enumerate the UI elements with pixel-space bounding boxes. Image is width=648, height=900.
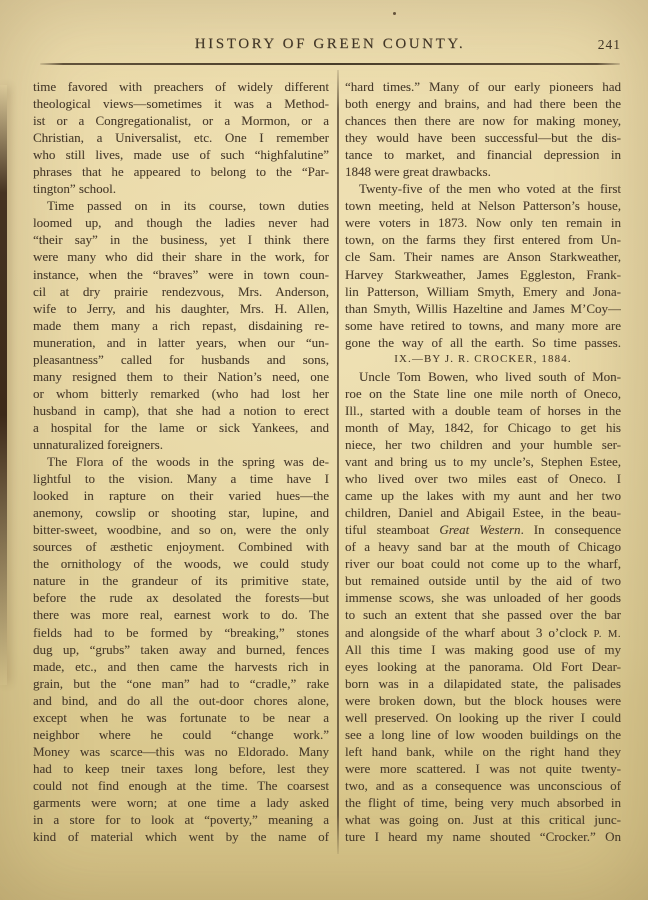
text-line: children, Daniel and Abigail Estee, in t… bbox=[345, 504, 621, 521]
text-run: instance, when the “braves” were in town… bbox=[33, 267, 329, 282]
text-run: children, Daniel and Abigail Estee, in t… bbox=[345, 505, 621, 520]
text-line: All this time I was making good use of m… bbox=[345, 641, 621, 658]
text-line: Harvey Starkweather, James Eggleston, Fr… bbox=[345, 266, 621, 283]
text-run: and bind, and do all the out-door chores… bbox=[33, 693, 329, 708]
text-line: tiful steamboat Great Western. In conseq… bbox=[345, 521, 621, 538]
text-line: town, on the farms they first entered fr… bbox=[345, 231, 621, 248]
text-line: theological views—sometimes it was a Met… bbox=[33, 95, 329, 112]
text-run: who lived over two miles east of Oneco. … bbox=[345, 471, 621, 486]
text-run: wife to Jerry, and his daughter, Mrs. H.… bbox=[33, 301, 329, 316]
text-line: cle Sam. Their names are Anson Starkweat… bbox=[345, 248, 621, 265]
text-run: some have retired to towns, and many mor… bbox=[345, 318, 621, 333]
text-run: the ornithology of the woods, we could s… bbox=[33, 556, 329, 571]
text-line: Uncle Tom Bowen, who lived south of Mon- bbox=[345, 368, 621, 385]
right-column: “hard times.” Many of our early pioneers… bbox=[345, 78, 621, 845]
text-run: cle Sam. Their names are Anson Starkweat… bbox=[345, 249, 621, 264]
italic-text: Great Western bbox=[439, 522, 520, 537]
text-line: roe on the State line one mile north of … bbox=[345, 385, 621, 402]
text-run: The Flora of the woods in the spring was… bbox=[47, 454, 329, 469]
text-line: who lived over two miles east of Oneco. … bbox=[345, 470, 621, 487]
text-line: many resigned them to their Nation’s nee… bbox=[33, 368, 329, 385]
text-run: chances then there are now for making mo… bbox=[345, 113, 621, 128]
text-run: ist or a Congregationalist, or a Mormon,… bbox=[33, 113, 329, 128]
text-run: many resigned them to their Nation’s nee… bbox=[33, 369, 329, 384]
text-line: month of May, 1842, for Chicago to get h… bbox=[345, 419, 621, 436]
text-line: grain, but the “one man” had to “cradle,… bbox=[33, 675, 329, 692]
text-line: unnaturalized foreigners. bbox=[33, 436, 329, 453]
text-run: grain, but the “one man” had to “cradle,… bbox=[33, 676, 329, 691]
text-run: left hand bank, while on the right hand … bbox=[345, 744, 621, 759]
text-run: theological views—sometimes it was a Met… bbox=[33, 96, 329, 111]
text-line: lin Patterson, William Smyth, Emery and … bbox=[345, 283, 621, 300]
text-line: of a heavy sand bar at the mouth of Chic… bbox=[345, 538, 621, 555]
text-run: what was going on. Just at this critical… bbox=[345, 812, 621, 827]
text-run: fields had to be formed by “breaking,” s… bbox=[33, 625, 329, 640]
text-run: except when he was fortunate to be near … bbox=[33, 710, 329, 725]
text-line: in a store for to look at “poverty,” mea… bbox=[33, 811, 329, 828]
text-line: 1848 were great drawbacks. bbox=[345, 163, 621, 180]
text-run: loomed up, and though the ladies never h… bbox=[33, 215, 329, 230]
text-line: instance, when the “braves” were in town… bbox=[33, 266, 329, 283]
text-run: sources of æsthetic enjoyment. Combined … bbox=[33, 539, 329, 554]
binding-shadow bbox=[0, 85, 7, 685]
text-run: see a long line of low wooden buildings … bbox=[345, 727, 621, 742]
text-run: ture I heard my name shouted “Crocker.” … bbox=[345, 829, 621, 844]
page-number: 241 bbox=[598, 37, 621, 53]
text-run: and alongside of the wharf about 3 o’clo… bbox=[345, 625, 593, 640]
text-line: to such an extent that she passed over t… bbox=[345, 606, 621, 623]
text-run: of a heavy sand bar at the mouth of Chic… bbox=[345, 539, 621, 554]
text-run: “hard times.” Many of our early pioneers… bbox=[345, 79, 621, 94]
text-line: two, and as a consequence was unconsciou… bbox=[345, 777, 621, 794]
text-line: time favored with preachers of widely di… bbox=[33, 78, 329, 95]
text-line: pleasantness” called for husbands and so… bbox=[33, 351, 329, 368]
text-run: Ill., started with a double team of hors… bbox=[345, 403, 621, 418]
text-run: Harvey Starkweather, James Eggleston, Fr… bbox=[345, 267, 621, 282]
text-run: before the rude ax desolated the forests… bbox=[33, 590, 329, 605]
running-header-title: HISTORY OF GREEN COUNTY. bbox=[40, 36, 620, 56]
text-run: were broken down, but the block houses w… bbox=[345, 693, 621, 708]
text-run: town, on the farms they first entered fr… bbox=[345, 232, 621, 247]
text-line: garments were worn; at one time a lady a… bbox=[33, 794, 329, 811]
text-line: phrases that he appeared to belong to th… bbox=[33, 163, 329, 180]
text-run: vant and bring us to my uncle’s, Stephen… bbox=[345, 454, 621, 469]
text-run: neighbor where he could “change work.” bbox=[33, 727, 329, 742]
text-run: nature in the grandeur of its primitive … bbox=[33, 573, 329, 588]
text-run: to such an extent that she passed over t… bbox=[345, 607, 621, 622]
text-line: chances then there are now for making mo… bbox=[345, 112, 621, 129]
text-line: tance to market, and financial depressio… bbox=[345, 146, 621, 163]
text-line: before the rude ax desolated the forests… bbox=[33, 589, 329, 606]
text-line: were broken down, but the block houses w… bbox=[345, 692, 621, 709]
text-run: muneration, and in latter years, when ou… bbox=[33, 335, 329, 350]
text-line: Christian, a Universalist, etc. One I re… bbox=[33, 129, 329, 146]
text-line: dug up, “grubs” taken away and burned, f… bbox=[33, 641, 329, 658]
text-run: had to keep tneir taxes long before, les… bbox=[33, 761, 329, 776]
text-line: made them many a rich repast, disdaining… bbox=[33, 317, 329, 334]
text-run: were voters in 1873. Now only ten remain… bbox=[345, 215, 621, 230]
text-run: could not find enough at the time. The c… bbox=[33, 778, 329, 793]
section-heading: IX.—BY J. R. CROCKER, 1884. bbox=[345, 351, 621, 368]
text-line: there was more real, earnest work to do.… bbox=[33, 606, 329, 623]
left-column: time favored with preachers of widely di… bbox=[33, 78, 329, 845]
text-line: who still lives, made use of such “highf… bbox=[33, 146, 329, 163]
page-scan: HISTORY OF GREEN COUNTY. 241 time favore… bbox=[0, 0, 648, 900]
text-run: a hospital for the lame or sick Yankees,… bbox=[33, 420, 329, 435]
text-line: fields had to be formed by “breaking,” s… bbox=[33, 624, 329, 641]
text-line: were voters in 1873. Now only ten remain… bbox=[345, 214, 621, 231]
text-line: immense scows, she was unloaded of her g… bbox=[345, 589, 621, 606]
text-line: the flight of time, being very much abso… bbox=[345, 794, 621, 811]
text-line: a hospital for the lame or sick Yankees,… bbox=[33, 419, 329, 436]
text-line: and bind, and do all the out-door chores… bbox=[33, 692, 329, 709]
text-line: and alongside of the wharf about 3 o’clo… bbox=[345, 624, 621, 641]
text-run: roe on the State line one mile north of … bbox=[345, 386, 621, 401]
text-run: anemony, cowslip or shooting star, lupin… bbox=[33, 505, 329, 520]
text-line: left hand bank, while on the right hand … bbox=[345, 743, 621, 760]
text-run: All this time I was making good use of m… bbox=[345, 642, 621, 657]
text-run: bitter-sweet, woodbine, and so on, were … bbox=[33, 522, 329, 537]
text-run: pleasantness” called for husbands and so… bbox=[33, 352, 329, 367]
text-line: loomed up, and though the ladies never h… bbox=[33, 214, 329, 231]
text-line: they would have been successful—but the … bbox=[345, 129, 621, 146]
text-run: Christian, a Universalist, etc. One I re… bbox=[33, 130, 329, 145]
text-line: ture I heard my name shouted “Crocker.” … bbox=[345, 828, 621, 845]
text-line: made, etc., and then came the harvests r… bbox=[33, 658, 329, 675]
text-line: had to keep tneir taxes long before, les… bbox=[33, 760, 329, 777]
text-run: who still lives, made use of such “highf… bbox=[33, 147, 329, 162]
text-line: neighbor where he could “change work.” bbox=[33, 726, 329, 743]
text-line: than Smyth, Willis Hazeltine and James M… bbox=[345, 300, 621, 317]
text-line: both energy and brains, and had there be… bbox=[345, 95, 621, 112]
text-line: born was in a dilapidated state, the pal… bbox=[345, 675, 621, 692]
text-line: were more scattered. I was not quite twe… bbox=[345, 760, 621, 777]
text-run: river our boat could not come up to the … bbox=[345, 556, 621, 571]
text-line: “their say” in the business, yet I think… bbox=[33, 231, 329, 248]
text-line: sources of æsthetic enjoyment. Combined … bbox=[33, 538, 329, 555]
text-run: tiful steamboat bbox=[345, 522, 439, 537]
text-run: in a store for to look at “poverty,” mea… bbox=[33, 812, 329, 827]
header-rule bbox=[40, 63, 620, 65]
text-run: month of May, 1842, for Chicago to get h… bbox=[345, 420, 621, 435]
text-line: were many who did their share in the wor… bbox=[33, 248, 329, 265]
text-run: unnaturalized foreigners. bbox=[33, 437, 163, 452]
text-line: eyes looking at the panorama. Old Fort D… bbox=[345, 658, 621, 675]
text-run: Uncle Tom Bowen, who lived south of Mon- bbox=[359, 369, 621, 384]
text-run: they would have been successful—but the … bbox=[345, 130, 621, 145]
text-line: Twenty-five of the men who voted at the … bbox=[345, 180, 621, 197]
text-line: Time passed on in its course, town dutie… bbox=[33, 197, 329, 214]
text-run: lightful to the vision. Many a time have… bbox=[33, 471, 329, 486]
text-run: there was more real, earnest work to do.… bbox=[33, 607, 329, 622]
text-line: niece, her two children and your humble … bbox=[345, 436, 621, 453]
text-run: or whom bitterly remarked (who had lost … bbox=[33, 386, 329, 401]
text-line: kind of material which went by the name … bbox=[33, 828, 329, 845]
text-run: born was in a dilapidated state, the pal… bbox=[345, 676, 621, 691]
text-run: time favored with preachers of widely di… bbox=[33, 79, 329, 94]
text-run: 1848 were great drawbacks. bbox=[345, 164, 491, 179]
text-line: see a long line of low wooden buildings … bbox=[345, 726, 621, 743]
text-line: Ill., started with a double team of hors… bbox=[345, 402, 621, 419]
text-run: were many who did their share in the wor… bbox=[33, 249, 329, 264]
text-line: “hard times.” Many of our early pioneers… bbox=[345, 78, 621, 95]
text-run: niece, her two children and your humble … bbox=[345, 437, 621, 452]
text-run: made them many a rich repast, disdaining… bbox=[33, 318, 329, 333]
text-line: cil at dry prairie rendezvous, Mrs. Ande… bbox=[33, 283, 329, 300]
text-line: tington” school. bbox=[33, 180, 329, 197]
text-line: but remained outside until by the aid of… bbox=[345, 572, 621, 589]
text-line: anemony, cowslip or shooting star, lupin… bbox=[33, 504, 329, 521]
text-run: both energy and brains, and had there be… bbox=[345, 96, 621, 111]
text-run: . In consequence bbox=[521, 522, 621, 537]
text-line: town meeting, held at Nelson Patterson’s… bbox=[345, 197, 621, 214]
text-run: “their say” in the business, yet I think… bbox=[33, 232, 329, 247]
text-line: nature in the grandeur of its primitive … bbox=[33, 572, 329, 589]
text-line: ist or a Congregationalist, or a Mormon,… bbox=[33, 112, 329, 129]
text-line: or whom bitterly remarked (who had lost … bbox=[33, 385, 329, 402]
text-line: except when he was fortunate to be near … bbox=[33, 709, 329, 726]
text-line: river our boat could not come up to the … bbox=[345, 555, 621, 572]
text-run: than Smyth, Willis Hazeltine and James M… bbox=[345, 301, 621, 316]
smallcaps-text: P. M. bbox=[593, 629, 621, 640]
text-line: The Flora of the woods in the spring was… bbox=[33, 453, 329, 470]
text-run: town meeting, held at Nelson Patterson’s… bbox=[345, 198, 621, 213]
text-run: looked in rapture on their varied hues—t… bbox=[33, 488, 329, 503]
text-line: vant and bring us to my uncle’s, Stephen… bbox=[345, 453, 621, 470]
text-line: came up the lakes with my aunt and her t… bbox=[345, 487, 621, 504]
text-line: some have retired to towns, and many mor… bbox=[345, 317, 621, 334]
text-run: the flight of time, being very much abso… bbox=[345, 795, 621, 810]
text-run: IX.—BY J. R. CROCKER, 1884. bbox=[394, 353, 571, 365]
text-run: immense scows, she was unloaded of her g… bbox=[345, 590, 621, 605]
text-line: husband in camp), that she had a notion … bbox=[33, 402, 329, 419]
text-run: well preserved. On looking up the river … bbox=[345, 710, 621, 725]
text-run: made, etc., and then came the harvests r… bbox=[33, 659, 329, 674]
text-run: but remained outside until by the aid of… bbox=[345, 573, 621, 588]
text-run: Money was scarce—this was no Eldorado. M… bbox=[33, 744, 329, 759]
text-line: looked in rapture on their varied hues—t… bbox=[33, 487, 329, 504]
text-run: cil at dry prairie rendezvous, Mrs. Ande… bbox=[33, 284, 329, 299]
text-run: tington” school. bbox=[33, 181, 116, 196]
text-line: gone the way of all the earth. So time p… bbox=[345, 334, 621, 351]
text-line: could not find enough at the time. The c… bbox=[33, 777, 329, 794]
column-divider bbox=[337, 70, 339, 854]
text-run: husband in camp), that she had a notion … bbox=[33, 403, 329, 418]
text-line: well preserved. On looking up the river … bbox=[345, 709, 621, 726]
text-run: gone the way of all the earth. So time p… bbox=[345, 335, 621, 350]
text-run: two, and as a consequence was unconsciou… bbox=[345, 778, 621, 793]
text-run: tance to market, and financial depressio… bbox=[345, 147, 621, 162]
text-run: Twenty-five of the men who voted at the … bbox=[359, 181, 621, 196]
text-run: kind of material which went by the name … bbox=[33, 829, 329, 844]
text-run: dug up, “grubs” taken away and burned, f… bbox=[33, 642, 329, 657]
text-line: bitter-sweet, woodbine, and so on, were … bbox=[33, 521, 329, 538]
text-run: Time passed on in its course, town dutie… bbox=[47, 198, 329, 213]
text-run: garments were worn; at one time a lady a… bbox=[33, 795, 329, 810]
text-line: the ornithology of the woods, we could s… bbox=[33, 555, 329, 572]
text-line: muneration, and in latter years, when ou… bbox=[33, 334, 329, 351]
text-run: were more scattered. I was not quite twe… bbox=[345, 761, 621, 776]
text-run: lin Patterson, William Smyth, Emery and … bbox=[345, 284, 621, 299]
text-line: what was going on. Just at this critical… bbox=[345, 811, 621, 828]
text-run: came up the lakes with my aunt and her t… bbox=[345, 488, 621, 503]
text-line: wife to Jerry, and his daughter, Mrs. H.… bbox=[33, 300, 329, 317]
text-run: phrases that he appeared to belong to th… bbox=[33, 164, 329, 179]
text-run: eyes looking at the panorama. Old Fort D… bbox=[345, 659, 621, 674]
text-line: lightful to the vision. Many a time have… bbox=[33, 470, 329, 487]
text-line: Money was scarce—this was no Eldorado. M… bbox=[33, 743, 329, 760]
scanned-book-page: { "colors": { "page_background": "#e4d29… bbox=[0, 0, 648, 900]
scan-speck bbox=[393, 12, 396, 15]
